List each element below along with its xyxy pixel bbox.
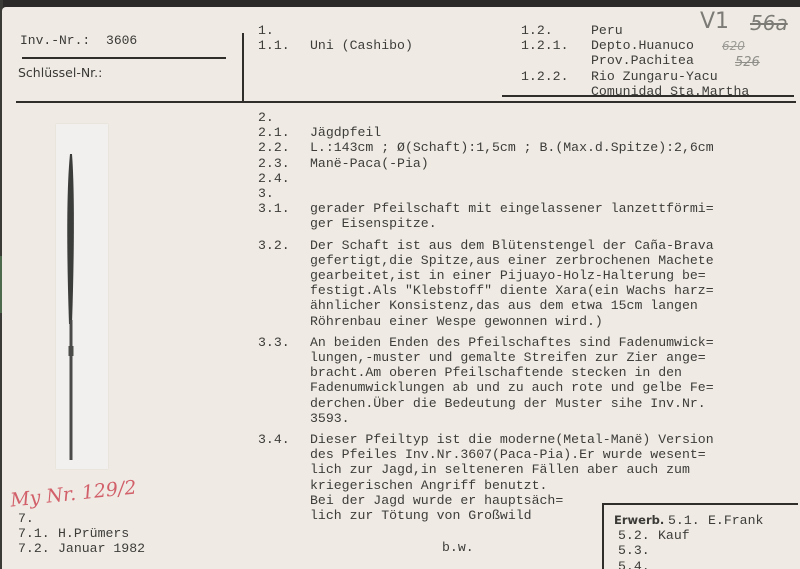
- description-line: 3.3.An beiden Enden des Pfeilschaftes si…: [258, 335, 714, 350]
- acquisition-field: 5.3.: [618, 543, 658, 558]
- item-number: 7.2.: [18, 541, 58, 556]
- item-text: Rio Zungaru-Yacu: [591, 69, 718, 84]
- description-line: festigt.Als "Klebstoff" diente Xara(ein …: [258, 283, 714, 298]
- item-number: 3.4.: [258, 432, 310, 447]
- item-text: gefertigt,die Spitze,aus einer zerbroche…: [310, 253, 714, 268]
- description-line: bracht.Am oberen Pfeilschaftende stecken…: [258, 365, 682, 380]
- handwritten-register-number: My Nr. 129/2: [9, 476, 137, 511]
- item-number: 1.2.1.: [521, 38, 591, 53]
- location-line: 1.2.1.Depto.Huanuco: [521, 38, 694, 53]
- key-number-label: Schlüssel-Nr.:: [18, 65, 102, 80]
- inventory-number: 3606: [106, 33, 137, 48]
- continued-note: b.w.: [442, 540, 474, 555]
- item-number: 1.1.: [258, 38, 310, 53]
- acquisition-label: Erwerb.: [614, 513, 664, 527]
- item-text: festigt.Als "Klebstoff" diente Xara(ein …: [310, 283, 714, 298]
- arrow-icon: [56, 124, 108, 469]
- item-text: Depto.Huanuco: [591, 38, 694, 53]
- recorder-field: 7.2.Januar 1982: [18, 541, 145, 556]
- item-text: Fadenumwicklungen ab und zu auch rote un…: [310, 380, 714, 395]
- object-field: 2.2.L.:143cm ; Ø(Schaft):1,5cm ; B.(Max.…: [258, 140, 714, 155]
- description-line: derchen.Über die Bedeutung der Muster si…: [258, 396, 706, 411]
- item-text: ähnlicher Konsistenz,das aus dem etwa 15…: [310, 298, 698, 313]
- description-line: lungen,-muster und gemalte Streifen zur …: [258, 350, 706, 365]
- item-number: 7.: [18, 511, 58, 526]
- location-line: 1.2.Peru: [521, 23, 623, 38]
- item-text: ger Eisenspitze.: [310, 216, 437, 231]
- item-number: 2.1.: [258, 125, 310, 140]
- item-number: 5.1.: [668, 513, 708, 528]
- item-text: 3593.: [310, 411, 350, 426]
- item-text: des Pfeiles Inv.Nr.3607(Paca-Pia).Er wur…: [310, 447, 706, 462]
- description-line: lich zur Jagd,in selteneren Fällen aber …: [258, 462, 690, 477]
- location-line: 1.2.2.Rio Zungaru-Yacu: [521, 69, 718, 84]
- section-1-1: 1.1.Uni (Cashibo): [258, 38, 413, 53]
- item-text: Röhrenbau einer Wespe gewonnen wird.): [310, 314, 603, 329]
- item-number: 2.: [258, 110, 310, 125]
- handwritten-code-2: 620: [722, 39, 745, 53]
- description-line: gefertigt,die Spitze,aus einer zerbroche…: [258, 253, 714, 268]
- description-line: kriegerischen Angriff benutzt.: [258, 478, 547, 493]
- item-text: lich zur Tötung von Großwild: [310, 508, 532, 523]
- inv-underline: [22, 57, 226, 59]
- item-text: Peru: [591, 23, 623, 38]
- acquisition-field: 5.2.Kauf: [618, 528, 690, 543]
- location-line: Comunidad Sta.Martha: [521, 84, 749, 99]
- description-line: 3.2.Der Schaft ist aus dem Blütenstengel…: [258, 238, 714, 253]
- item-number: 3.2.: [258, 238, 310, 253]
- item-text: lungen,-muster und gemalte Streifen zur …: [310, 350, 706, 365]
- acquisition-field: 5.1.E.Frank: [668, 513, 763, 528]
- item-text: E.Frank: [708, 513, 763, 528]
- item-text: Bei der Jagd wurde er hauptsäch=: [310, 493, 563, 508]
- object-field: 2.4.: [258, 171, 310, 186]
- item-text: lich zur Jagd,in selteneren Fällen aber …: [310, 462, 690, 477]
- description-line: Bei der Jagd wurde er hauptsäch=: [258, 493, 563, 508]
- item-text: L.:143cm ; Ø(Schaft):1,5cm ; B.(Max.d.Sp…: [310, 140, 714, 155]
- location-underline: [502, 95, 794, 97]
- header-bottom-rule: [16, 101, 796, 103]
- item-number: 3.1.: [258, 201, 310, 216]
- object-field: 2.1.Jägdpfeil: [258, 125, 381, 140]
- item-text: Comunidad Sta.Martha: [591, 84, 749, 99]
- object-field: 2.3.Manë-Paca(-Pia): [258, 156, 429, 171]
- item-text: Prov.Pachitea: [591, 53, 694, 68]
- header-divider: [242, 33, 244, 101]
- item-text: Der Schaft ist aus dem Blütenstengel der…: [310, 238, 714, 253]
- handwritten-code-1: 56a: [750, 11, 788, 35]
- acquisition-left-rule: [602, 503, 604, 569]
- location-line: Prov.Pachitea: [521, 53, 694, 68]
- item-number: 3.3.: [258, 335, 310, 350]
- item-number: 5.2.: [618, 528, 658, 543]
- handwritten-code-3: 526: [735, 55, 760, 70]
- item-number: 5.4.: [618, 559, 658, 569]
- inventory-label: Inv.-Nr.:: [20, 33, 90, 48]
- item-number: 5.3.: [618, 543, 658, 558]
- item-text: An beiden Enden des Pfeilschaftes sind F…: [310, 335, 714, 350]
- item-text: kriegerischen Angriff benutzt.: [310, 478, 547, 493]
- description-line: lich zur Tötung von Großwild: [258, 508, 532, 523]
- item-text: Dieser Pfeiltyp ist die moderne(Metal-Ma…: [310, 432, 714, 447]
- arrow-photo: [56, 124, 108, 469]
- item-text: bracht.Am oberen Pfeilschaftende stecken…: [310, 365, 682, 380]
- recorder-field: 7.1.H.Prümers: [18, 526, 129, 541]
- item-text: derchen.Über die Bedeutung der Muster si…: [310, 396, 706, 411]
- description-line: 3.: [258, 186, 310, 201]
- item-text: Manë-Paca(-Pia): [310, 156, 429, 171]
- description-line: ähnlicher Konsistenz,das aus dem etwa 15…: [258, 298, 698, 313]
- culture-name: Uni (Cashibo): [310, 38, 413, 53]
- item-text: gearbeitet,ist in einer Pijuayo-Holz-Hal…: [310, 268, 706, 283]
- item-number: 2.4.: [258, 171, 310, 186]
- item-number: 7.1.: [18, 526, 58, 541]
- item-text: gerader Pfeilschaft mit eingelassener la…: [310, 201, 714, 216]
- item-text: Januar 1982: [58, 541, 145, 556]
- object-field: 2.: [258, 110, 310, 125]
- item-text: Jägdpfeil: [310, 125, 381, 140]
- handwritten-mark: V1: [700, 9, 729, 34]
- description-line: des Pfeiles Inv.Nr.3607(Paca-Pia).Er wur…: [258, 447, 706, 462]
- item-text: H.Prümers: [58, 526, 129, 541]
- item-text: Kauf: [658, 528, 690, 543]
- acquisition-field: 5.4.: [618, 559, 658, 569]
- item-number: 1.2.: [521, 23, 591, 38]
- item-number: 2.3.: [258, 156, 310, 171]
- description-line: 3593.: [258, 411, 350, 426]
- item-number: 2.2.: [258, 140, 310, 155]
- item-number: 3.: [258, 186, 310, 201]
- description-line: ger Eisenspitze.: [258, 216, 437, 231]
- description-line: gearbeitet,ist in einer Pijuayo-Holz-Hal…: [258, 268, 706, 283]
- description-line: Fadenumwicklungen ab und zu auch rote un…: [258, 380, 714, 395]
- section-1-heading: 1.: [258, 23, 274, 38]
- index-card: Inv.-Nr.: 3606 Schlüssel-Nr.: 1. 1.1.Uni…: [2, 7, 800, 569]
- recorder-field: 7.: [18, 511, 58, 526]
- acquisition-top-rule: [602, 503, 798, 505]
- item-number: 1.2.2.: [521, 69, 591, 84]
- inventory-number-row: Inv.-Nr.: 3606: [20, 33, 137, 48]
- description-line: Röhrenbau einer Wespe gewonnen wird.): [258, 314, 603, 329]
- description-line: 3.4.Dieser Pfeiltyp ist die moderne(Meta…: [258, 432, 714, 447]
- description-line: 3.1.gerader Pfeilschaft mit eingelassene…: [258, 201, 714, 216]
